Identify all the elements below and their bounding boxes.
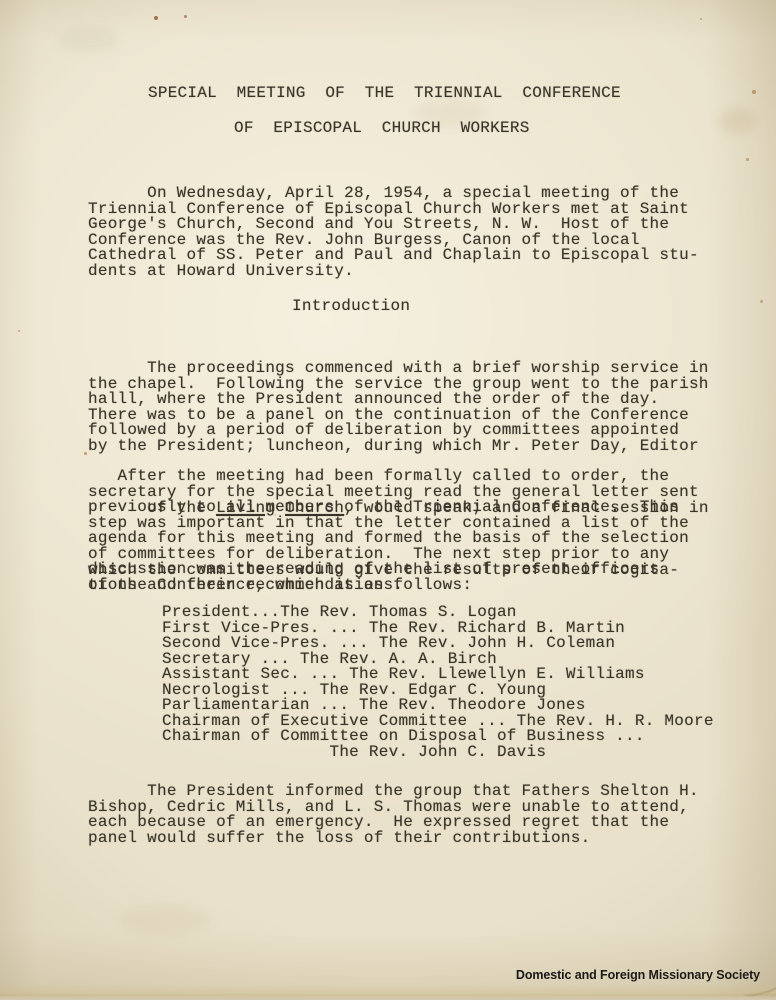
paper-bottom-lip bbox=[0, 996, 776, 1000]
section-heading-introduction: Introduction bbox=[292, 299, 410, 315]
agenda-paragraph: After the meeting had been formally call… bbox=[88, 469, 699, 593]
scanned-document-page: SPECIAL MEETING OF THE TRIENNIAL CONFERE… bbox=[0, 0, 776, 1000]
footer-credit: Domestic and Foreign Missionary Society bbox=[516, 968, 760, 982]
opening-paragraph: On Wednesday, April 28, 1954, a special … bbox=[88, 186, 699, 279]
officers-list: President...The Rev. Thomas S. Logan Fir… bbox=[162, 605, 714, 760]
closing-paragraph: The President informed the group that Fa… bbox=[88, 784, 699, 846]
document-title-line1: SPECIAL MEETING OF THE TRIENNIAL CONFERE… bbox=[148, 86, 621, 102]
introduction-paragraph-start: The proceedings commenced with a brief w… bbox=[88, 361, 709, 454]
document-title-line2: OF EPISCOPAL CHURCH WORKERS bbox=[234, 121, 530, 137]
